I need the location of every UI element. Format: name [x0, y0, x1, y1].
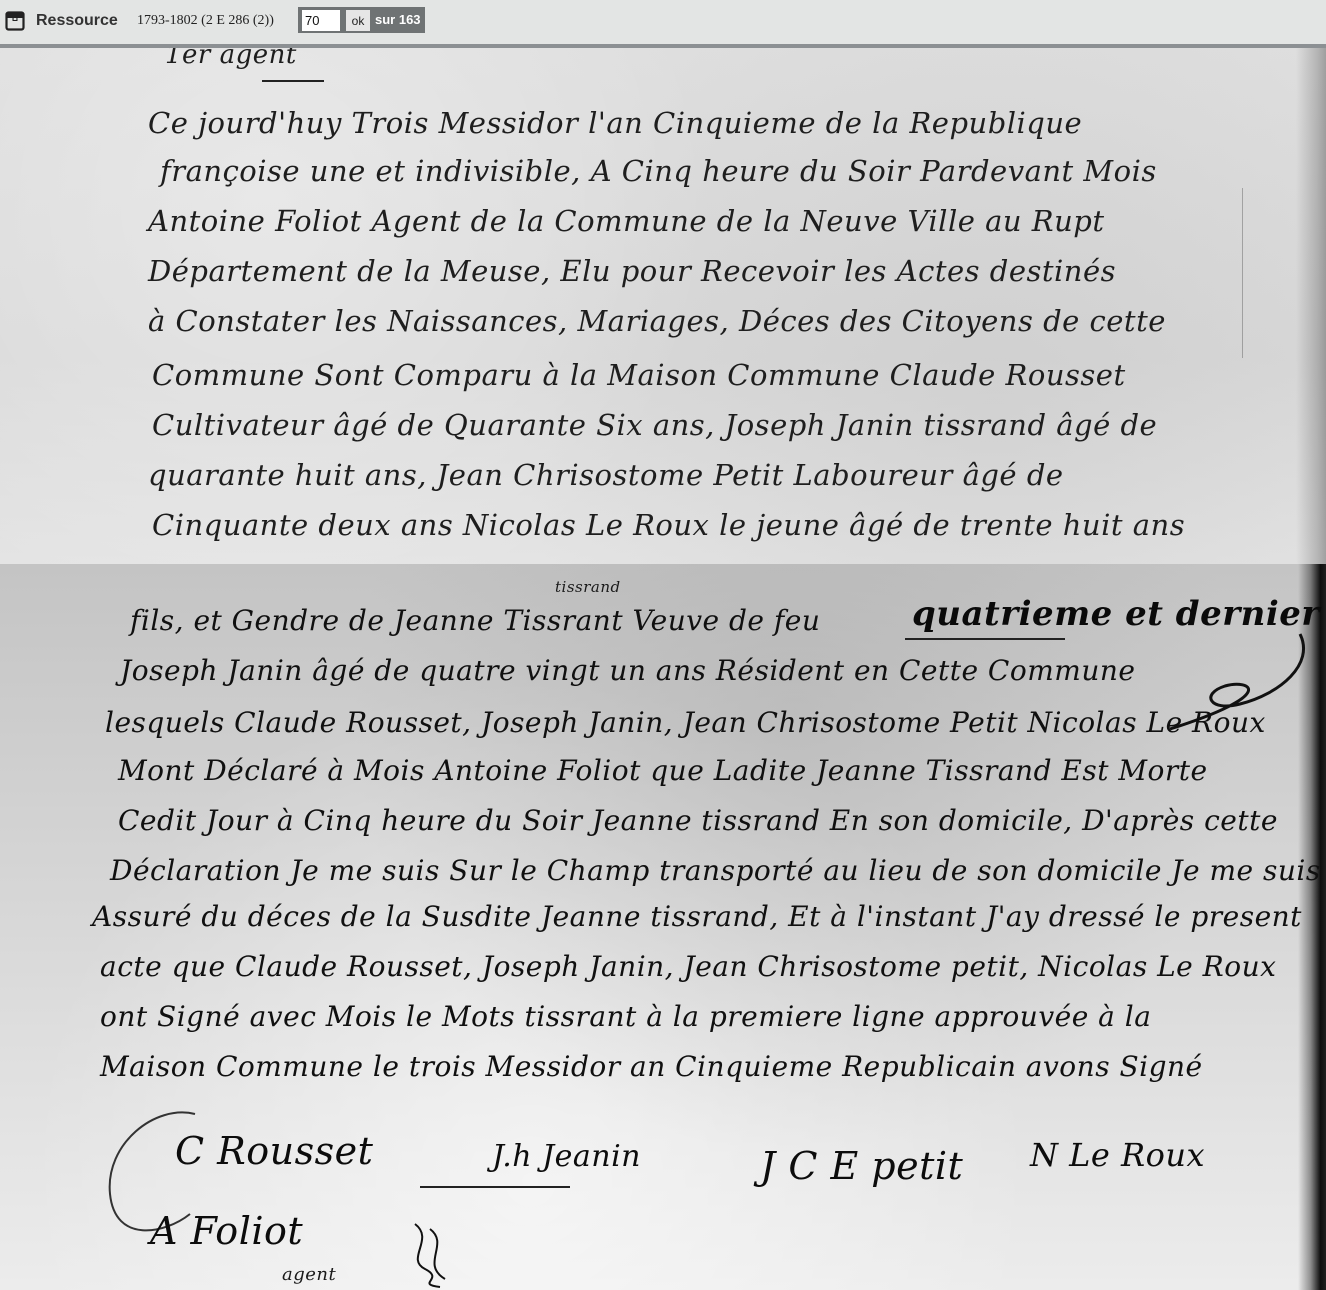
- document-line: Mont Déclaré à Mois Antoine Foliot que L…: [118, 754, 1208, 787]
- archive-box-icon: [5, 11, 25, 31]
- signature: J.h Jeanin: [492, 1139, 641, 1174]
- scan-top-half: 1er agent Ce jourd'huy Trois Messidor l'…: [0, 48, 1326, 564]
- document-line: acte que Claude Rousset, Joseph Janin, J…: [100, 950, 1276, 983]
- document-line: Département de la Meuse, Elu pour Recevo…: [148, 254, 1116, 288]
- document-line: ont Signé avec Mois le Mots tissrant à l…: [100, 1000, 1151, 1033]
- resource-title: Ressource: [36, 12, 118, 30]
- signature-underline: [420, 1186, 570, 1188]
- document-line: Cinquante deux ans Nicolas Le Roux le je…: [152, 508, 1185, 542]
- document-line: Commune Sont Comparu à la Maison Commune…: [152, 358, 1126, 392]
- resource-reference: 1793-1802 (2 E 286 (2)): [137, 13, 274, 29]
- signature: N Le Roux: [1030, 1136, 1205, 1174]
- document-line: Assuré du déces de la Susdite Jeanne tis…: [92, 900, 1302, 933]
- document-line: fils, et Gendre de Jeanne Tissrant Veuve…: [130, 604, 820, 637]
- document-line: Cedit Jour à Cinq heure du Soir Jeanne t…: [118, 804, 1278, 837]
- document-line: Ce jourd'huy Trois Messidor l'an Cinquie…: [148, 106, 1082, 140]
- signature: A Foliot: [150, 1209, 303, 1253]
- page-number-input[interactable]: [302, 10, 340, 31]
- page-edge-shadow: [1296, 48, 1326, 564]
- document-line: à Constater les Naissances, Mariages, Dé…: [148, 304, 1166, 338]
- header-underline: [262, 80, 324, 82]
- document-line: Antoine Foliot Agent de la Commune de la…: [148, 204, 1105, 238]
- viewer-toolbar: Ressource 1793-1802 (2 E 286 (2)) ok sur…: [0, 0, 1326, 48]
- document-line: Déclaration Je me suis Sur le Champ tran…: [110, 854, 1321, 887]
- signature-paraph: [395, 1219, 465, 1289]
- interlinear-correction: tissrand: [555, 578, 621, 596]
- signature-title: agent: [282, 1264, 336, 1285]
- document-line: françoise une et indivisible, A Cinq heu…: [160, 154, 1157, 188]
- signature: J C E petit: [760, 1144, 963, 1188]
- document-line: Cultivateur âgé de Quarante Six ans, Jos…: [152, 408, 1157, 442]
- document-line: Joseph Janin âgé de quatre vingt un ans …: [120, 654, 1135, 687]
- signature: C Rousset: [175, 1129, 373, 1173]
- scan-bottom-half: tissrand fils, et Gendre de Jeanne Tissr…: [0, 564, 1326, 1290]
- document-viewer[interactable]: 1er agent Ce jourd'huy Trois Messidor l'…: [0, 48, 1326, 1290]
- document-line: quarante huit ans, Jean Chrisostome Peti…: [148, 458, 1064, 492]
- header-note: 1er agent: [165, 48, 297, 70]
- page-total: sur 163: [375, 12, 421, 27]
- go-to-page-button[interactable]: ok: [346, 10, 370, 31]
- page-navigation: ok sur 163: [298, 7, 425, 33]
- document-line: Maison Commune le trois Messidor an Cinq…: [100, 1050, 1203, 1083]
- margin-rule: [1242, 188, 1243, 358]
- margin-note-underline: [905, 638, 1065, 640]
- document-line: lesquels Claude Rousset, Joseph Janin, J…: [105, 706, 1266, 739]
